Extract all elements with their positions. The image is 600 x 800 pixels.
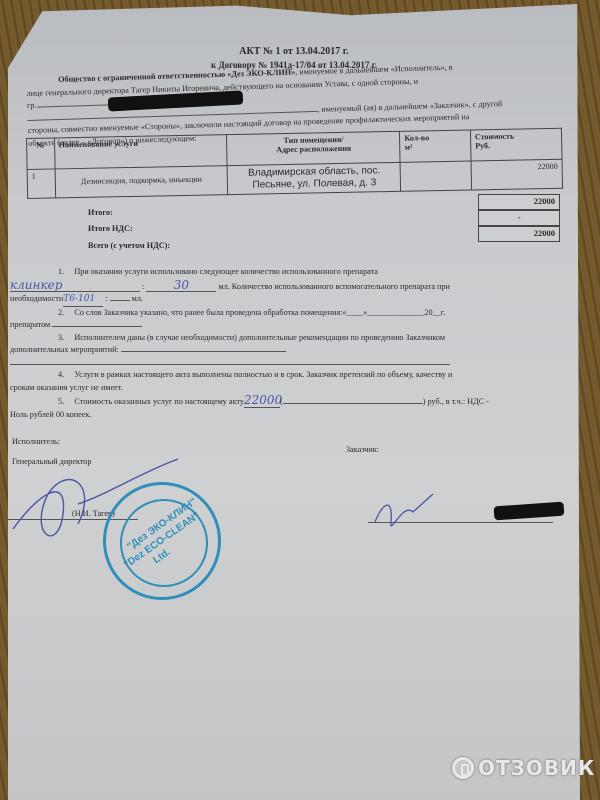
- grand-total-value: 22000: [478, 226, 560, 242]
- document-page: АКТ № 1 от 13.04.2017 г. к Договору № 19…: [8, 4, 580, 800]
- vat-value: -: [478, 210, 560, 226]
- handwritten-drug-name: клинкер: [10, 279, 140, 293]
- otzovik-watermark: ОТЗОВИК: [452, 756, 595, 780]
- executor-label: Исполнитель:: [12, 436, 60, 449]
- customer-label: Заказчик:: [346, 444, 379, 457]
- handwritten-drug-amount: 30: [146, 279, 216, 293]
- vat-label: Итого НДС:: [88, 224, 133, 233]
- total-label: Итого:: [88, 208, 113, 217]
- total-value: 22000: [478, 194, 560, 210]
- redacted-customer-signature-name: [494, 502, 565, 521]
- handwritten-total-amount: 22000: [244, 394, 280, 408]
- handwritten-aux-drug: Т6-101: [63, 293, 103, 307]
- otzovik-logo-icon: [452, 757, 474, 779]
- clauses: 1. При оказании услуги использовано след…: [10, 266, 555, 421]
- act-title: АКТ № 1 от 13.04.2017 г.: [8, 46, 580, 57]
- services-table: № Наименование услуги Тип помещения/Адре…: [26, 128, 563, 199]
- grand-total-label: Всего (с учетом НДС):: [88, 241, 170, 250]
- customer-signature: [373, 492, 443, 542]
- company-stamp: "Дез ЭКО-КЛИН" "Dez ECO-CLEAN" Ltd.: [103, 482, 221, 600]
